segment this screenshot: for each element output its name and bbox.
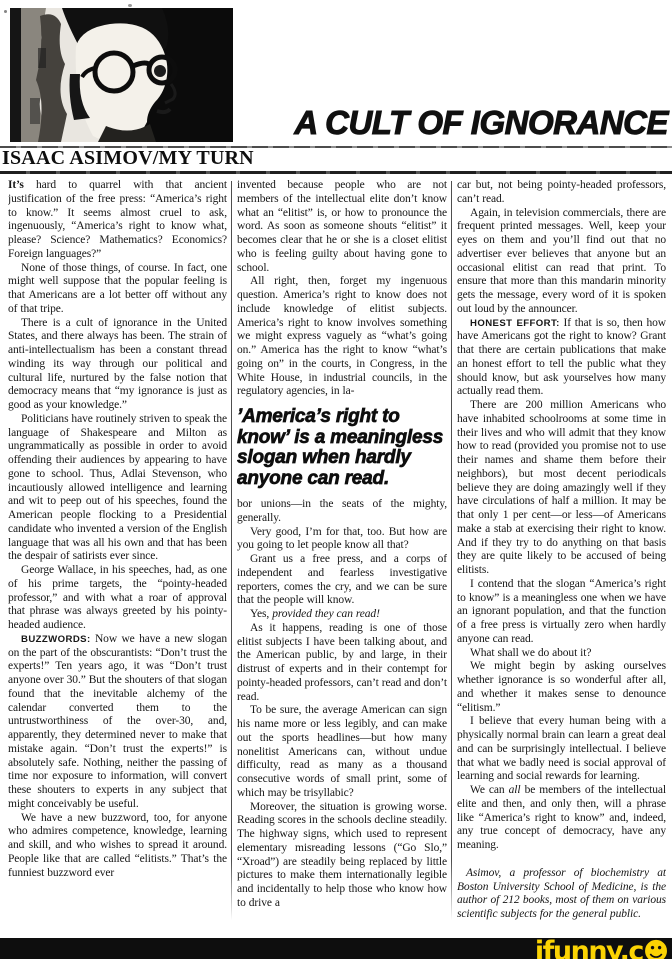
- article-paragraph: It’s hard to quarrel with that ancient j…: [8, 179, 227, 262]
- column-divider: [447, 179, 457, 936]
- article-paragraph: To be sure, the average American can sig…: [237, 704, 447, 800]
- smiley-face-icon: ☻: [643, 937, 669, 959]
- article-paragraph: I contend that the slogan “America’s rig…: [457, 578, 666, 647]
- column-divider: [227, 179, 237, 936]
- article-paragraph: What shall we do about it?: [457, 647, 666, 661]
- article-paragraph: We can all be members of the intellectua…: [457, 784, 666, 853]
- article-paragraph: HONEST EFFORT: If that is so, then how h…: [457, 317, 666, 400]
- watermark-bar: ifunny.c☻: [0, 938, 672, 959]
- article-paragraph: bor unions—in the seats of the mighty, g…: [237, 498, 447, 526]
- ifunny-watermark: ifunny.c☻: [535, 936, 669, 959]
- paragraph-lead-word: BUZZWORDS:: [21, 634, 91, 645]
- watermark-text: ifunny.c: [535, 936, 643, 959]
- article-paragraph: Very good, I’m for that, too. But how ar…: [237, 526, 447, 554]
- article-paragraph: There is a cult of ignorance in the Unit…: [8, 317, 227, 413]
- article-paragraph: We have a new buzzword, too, for anyone …: [8, 812, 227, 881]
- article-paragraph: All right, then, forget my ingenuous que…: [237, 275, 447, 399]
- asimov-portrait-photo: [10, 8, 233, 142]
- article-paragraph: invented because people who are not memb…: [237, 179, 447, 275]
- magazine-article-scan: A CULT OF IGNORANCE ISAAC ASIMOV/MY TURN…: [0, 0, 672, 959]
- paragraph-lead-word: HONEST EFFORT:: [470, 318, 560, 329]
- article-paragraph: Yes, provided they can read!: [237, 608, 447, 622]
- article-column-2: invented because people who are not memb…: [237, 179, 447, 936]
- article-paragraph: Again, in television commercials, there …: [457, 207, 666, 317]
- article-paragraph: There are 200 million Americans who have…: [457, 399, 666, 578]
- header-rule-bottom: [0, 171, 672, 174]
- article-paragraph: George Wallace, in his speeches, had, as…: [8, 564, 227, 633]
- article-paragraph: Grant us a free press, and a corps of in…: [237, 553, 447, 608]
- article-paragraph: I believe that every human being with a …: [457, 715, 666, 784]
- scan-speck: [4, 10, 7, 13]
- author-bio-paragraph: Asimov, a professor of biochemistry at B…: [457, 867, 666, 922]
- article-paragraph: BUZZWORDS: Now we have a new slogan on t…: [8, 633, 227, 812]
- article-paragraph: As it happens, reading is one of those e…: [237, 622, 447, 705]
- article-paragraph: We might begin by asking ourselves wheth…: [457, 660, 666, 715]
- asimov-portrait-illustration: [10, 8, 233, 142]
- article-column-1: It’s hard to quarrel with that ancient j…: [8, 179, 227, 936]
- article-paragraph: car but, not being pointy-headed profess…: [457, 179, 666, 207]
- pull-quote: ’America’s right to know’ is a meaningle…: [237, 407, 447, 489]
- article-body: It’s hard to quarrel with that ancient j…: [8, 179, 666, 936]
- scan-speck: [128, 4, 132, 7]
- article-title: A CULT OF IGNORANCE: [232, 104, 668, 142]
- article-paragraph: Politicians have routinely striven to sp…: [8, 413, 227, 564]
- article-column-3: car but, not being pointy-headed profess…: [457, 179, 666, 936]
- article-paragraph: None of those things, of course. In fact…: [8, 262, 227, 317]
- article-byline: ISAAC ASIMOV/MY TURN: [2, 147, 254, 170]
- article-paragraph: Moreover, the situation is growing worse…: [237, 801, 447, 911]
